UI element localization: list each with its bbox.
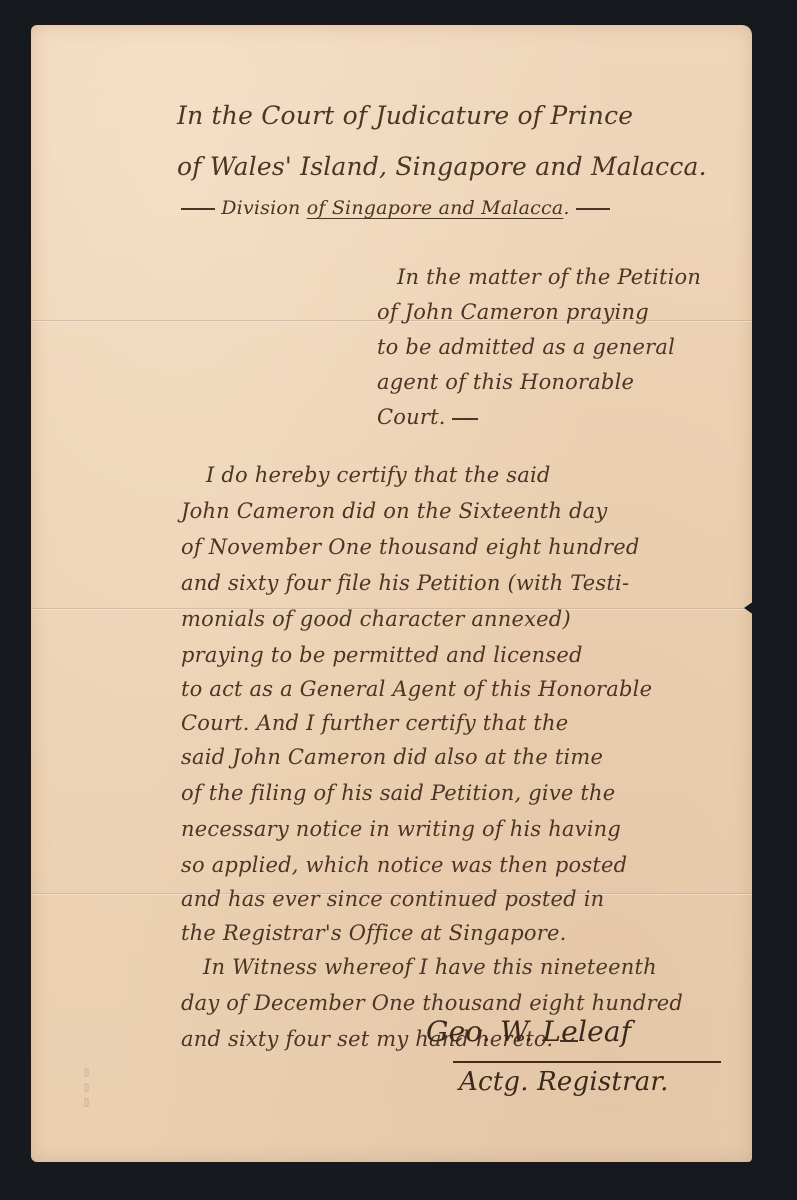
body-line: I do hereby certify that the said [206,463,551,487]
matter-court: Court. [377,405,446,429]
body-line: of November One thousand eight hundred [181,535,640,559]
matter-line: of John Cameron praying [377,300,649,324]
matter-line: Court. [377,405,478,429]
signature-title: Actg. Registrar. [459,1067,669,1097]
matter-line: In the matter of the Petition [397,265,701,289]
heading-line-2: of Wales' Island, Singapore and Malacca. [177,152,707,181]
body-line: said John Cameron did also at the time [181,745,603,769]
document-page: ▯▯▯ In the Court of Judicature of Prince… [31,25,752,1162]
faint-stamp-mark: ▯▯▯ [79,1065,93,1110]
dash-left [181,208,215,210]
division-name: of Singapore and Malacca [307,197,564,219]
body-line: In Witness whereof I have this nineteent… [203,955,657,979]
body-line: Court. And I further certify that the [181,711,568,735]
body-line: the Registrar's Office at Singapore. [181,921,567,945]
heading-line-1: In the Court of Judicature of Prince [177,101,633,130]
body-line: to act as a General Agent of this Honora… [181,677,652,701]
matter-line: to be admitted as a general [377,335,675,359]
matter-line: agent of this Honorable [377,370,634,394]
body-line: so applied, which notice was then posted [181,853,627,877]
body-line: and has ever since continued posted in [181,887,604,911]
body-line: praying to be permitted and licensed [181,643,583,667]
body-line: monials of good character annexed) [181,607,571,631]
division-suffix: . [563,197,569,219]
body-line: of the filing of his said Petition, give… [181,781,615,805]
paper-notch [744,601,754,615]
division-prefix: Division [221,197,306,219]
body-line: necessary notice in writing of his havin… [181,817,621,841]
body-line: and sixty four file his Petition (with T… [181,571,629,595]
dash-right [576,208,610,210]
signature-underline [453,1061,721,1063]
division-line: Division of Singapore and Malacca. [181,197,610,219]
dash [452,418,478,420]
body-line: John Cameron did on the Sixteenth day [181,499,607,523]
signature-name: Geo. W. Leleaf [426,1015,631,1048]
body-line: day of December One thousand eight hundr… [181,991,683,1015]
